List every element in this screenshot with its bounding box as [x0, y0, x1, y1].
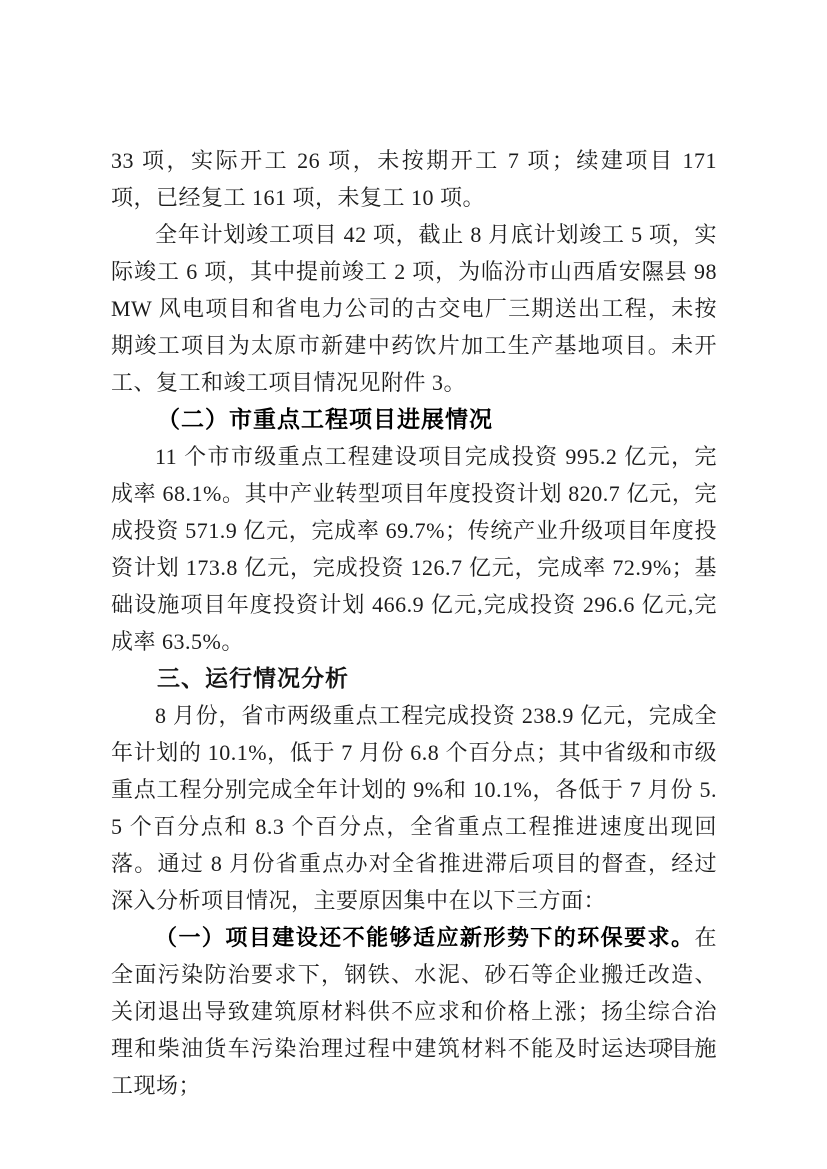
paragraph-city-investment-stats: 11 个市市级重点工程建设项目完成投资 995.2 亿元，完成率 68.1%。其… — [111, 438, 717, 660]
page-footer: —3— — [111, 1031, 717, 1059]
paragraph-reason-1-environmental-requirements: （一）项目建设还不能够适应新形势下的环保要求。在全面污染防治要求下，钢铁、水泥、… — [111, 919, 717, 1104]
heading-section-2-city-key-projects: （二）市重点工程项目进展情况 — [111, 401, 717, 438]
footer-dash-left: — — [631, 1034, 651, 1056]
footer-dash-right: — — [685, 1034, 705, 1056]
paragraph-august-progress-analysis: 8 月份，省市两级重点工程完成投资 238.9 亿元，完成全年计划的 10.1%… — [111, 697, 717, 919]
body-text-reason-1: 在全面污染防治要求下，钢铁、水泥、砂石等企业搬迁改造、关闭退出导致建筑原材料供不… — [111, 925, 717, 1098]
document-page: { "page": { "background_color": "#ffffff… — [0, 0, 827, 1169]
paragraph-continuation-project-starts: 33 项，实际开工 26 项，未按期开工 7 项；续建项目 171 项，已经复工… — [111, 142, 717, 216]
heading-section-3-operation-analysis: 三、运行情况分析 — [111, 660, 717, 697]
document-body: 33 项，实际开工 26 项，未按期开工 7 项；续建项目 171 项，已经复工… — [111, 142, 717, 1104]
bold-lead-reason-1: （一）项目建设还不能够适应新形势下的环保要求。 — [155, 925, 694, 950]
page-number: 3 — [663, 1034, 673, 1056]
paragraph-completion-plan: 全年计划竣工项目 42 项，截止 8 月底计划竣工 5 项，实际竣工 6 项，其… — [111, 216, 717, 401]
